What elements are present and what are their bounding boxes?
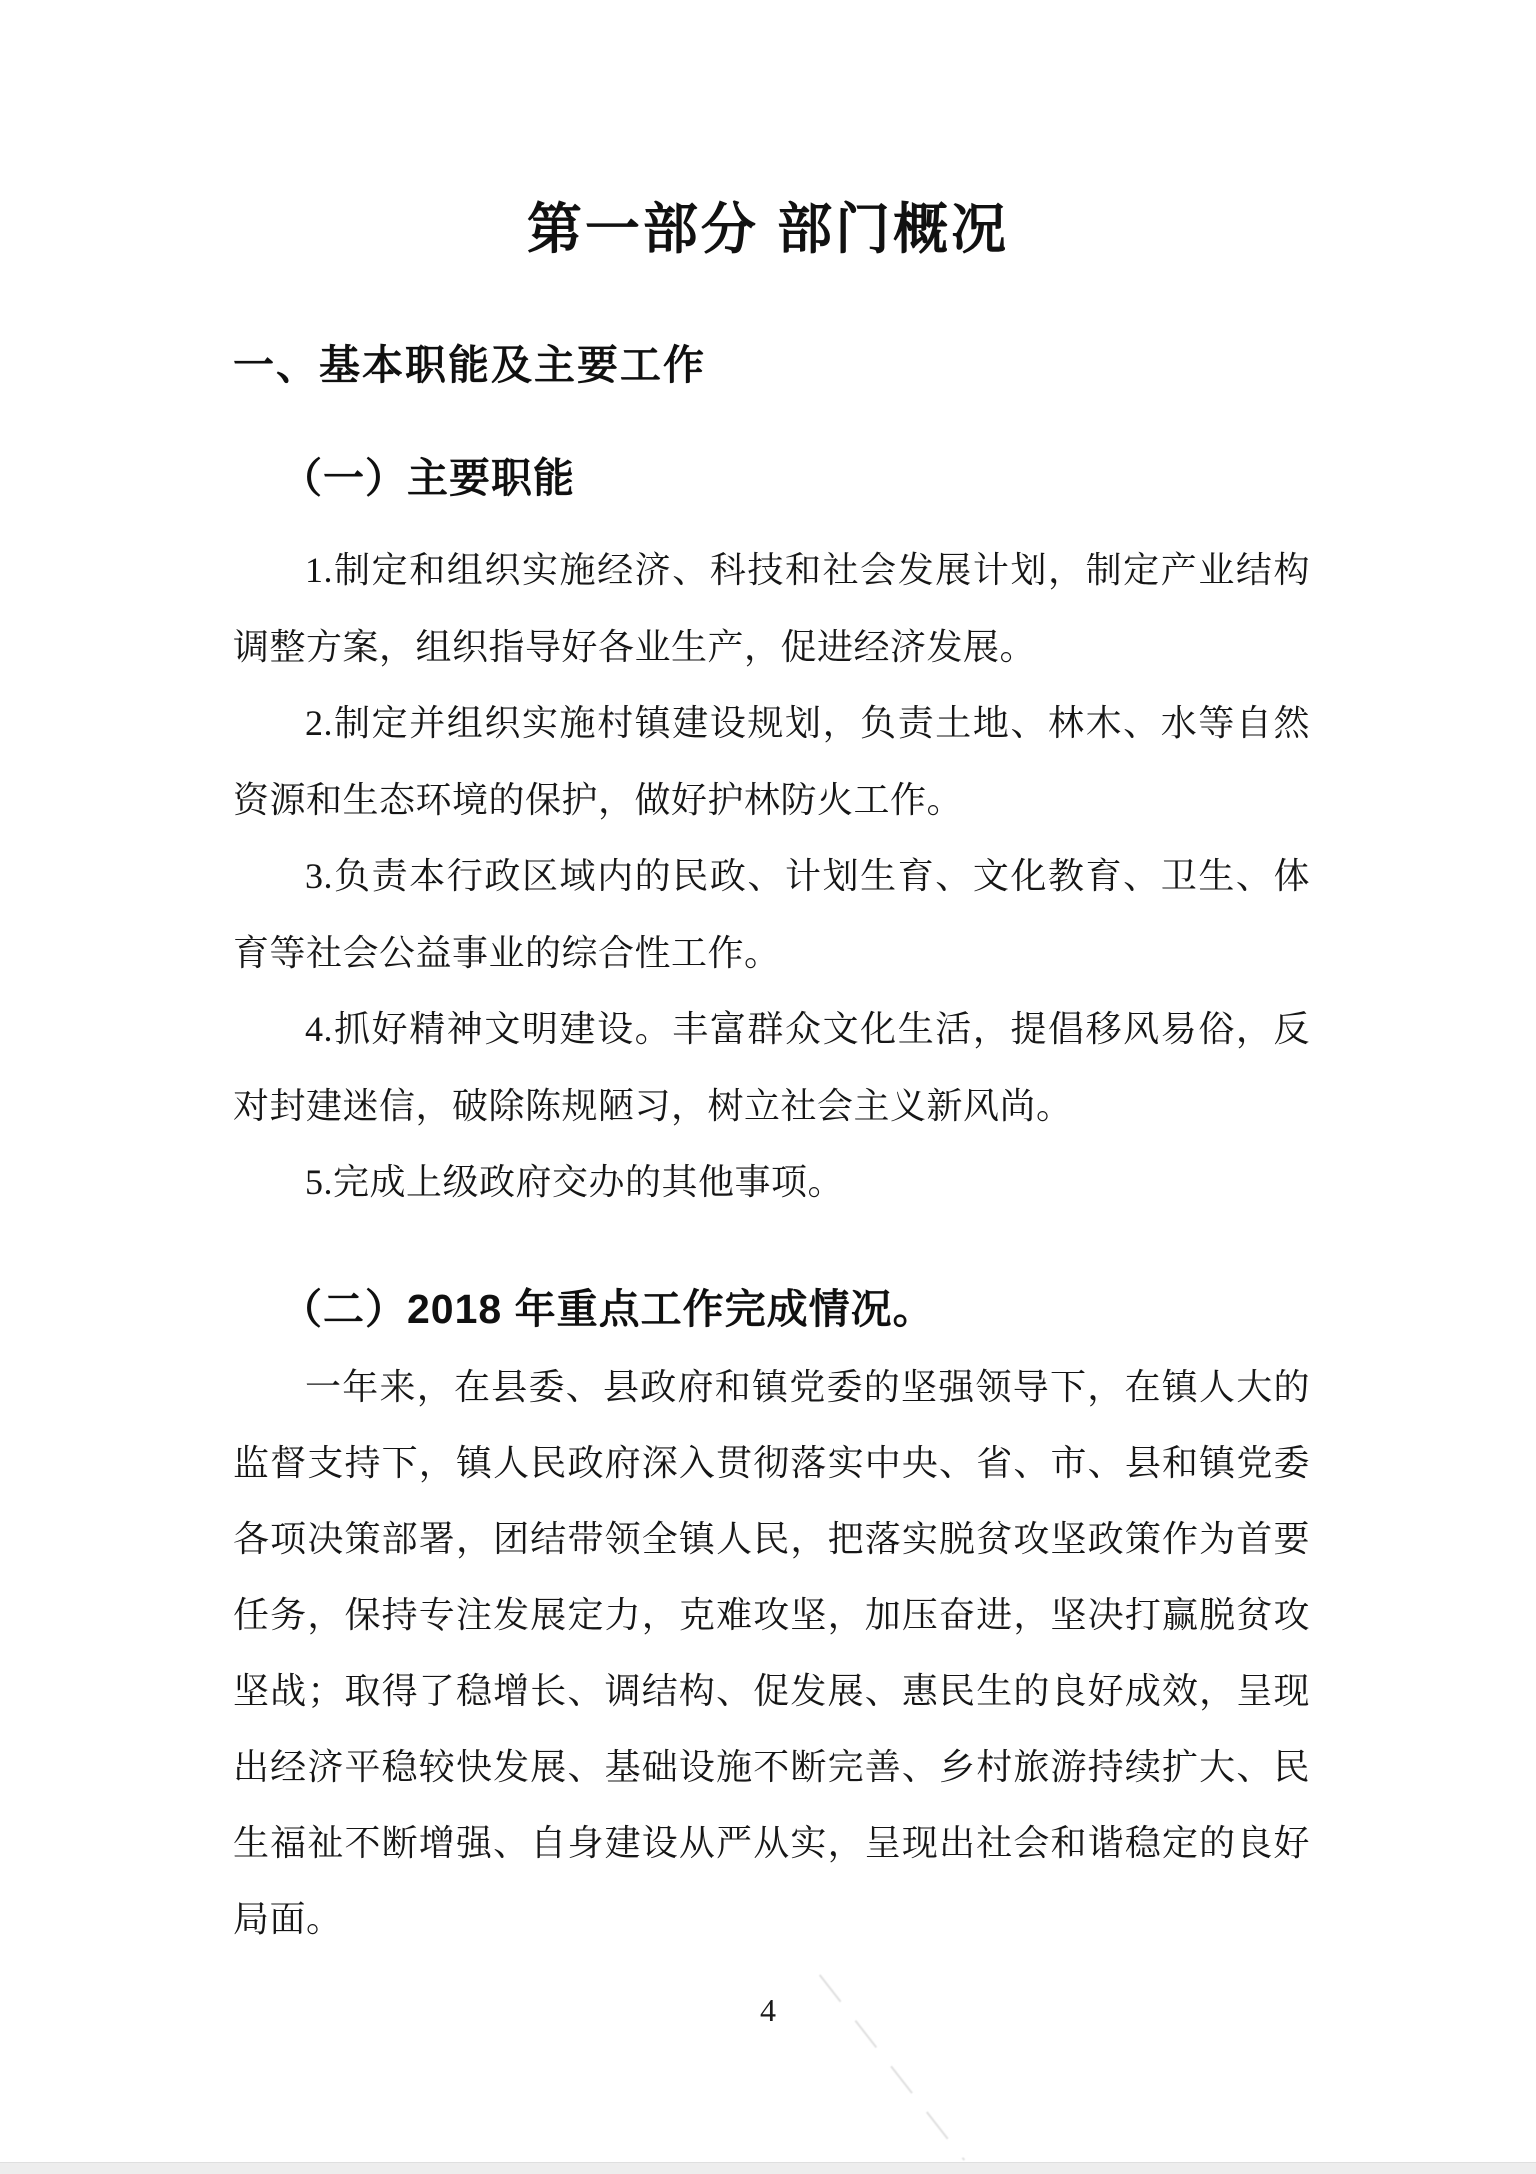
function-item-5: 5.完成上级政府交办的其他事项。: [233, 1144, 1310, 1221]
text-column: 一、基本职能及主要工作 （一）主要职能 1.制定和组织实施经济、科技和社会发展计…: [233, 0, 1310, 1957]
function-item-4: 4.抓好精神文明建设。丰富群众文化生活，提倡移风易俗，反对封建迷信，破除陈规陋习…: [233, 991, 1310, 1144]
function-item-2: 2.制定并组织实施村镇建设规划，负责土地、林木、水等自然资源和生态环境的保护，做…: [233, 685, 1310, 838]
work-summary-paragraph: 一年来，在县委、县政府和镇党委的坚强领导下，在镇人大的监督支持下，镇人民政府深入…: [233, 1349, 1310, 1957]
document-page: 第一部分 部门概况 一、基本职能及主要工作 （一）主要职能 1.制定和组织实施经…: [0, 0, 1536, 2174]
subsection-heading-2018-work: （二）2018 年重点工作完成情况。: [281, 1285, 1310, 1333]
section-heading: 一、基本职能及主要工作: [233, 341, 1310, 389]
function-item-1: 1.制定和组织实施经济、科技和社会发展计划，制定产业结构调整方案，组织指导好各业…: [233, 532, 1310, 685]
page-number: 4: [0, 1991, 1536, 2029]
function-item-3: 3.负责本行政区域内的民政、计划生育、文化教育、卫生、体育等社会公益事业的综合性…: [233, 838, 1310, 991]
subsection-heading-main-functions: （一）主要职能: [281, 454, 1310, 502]
scan-edge-band: [0, 2162, 1536, 2174]
